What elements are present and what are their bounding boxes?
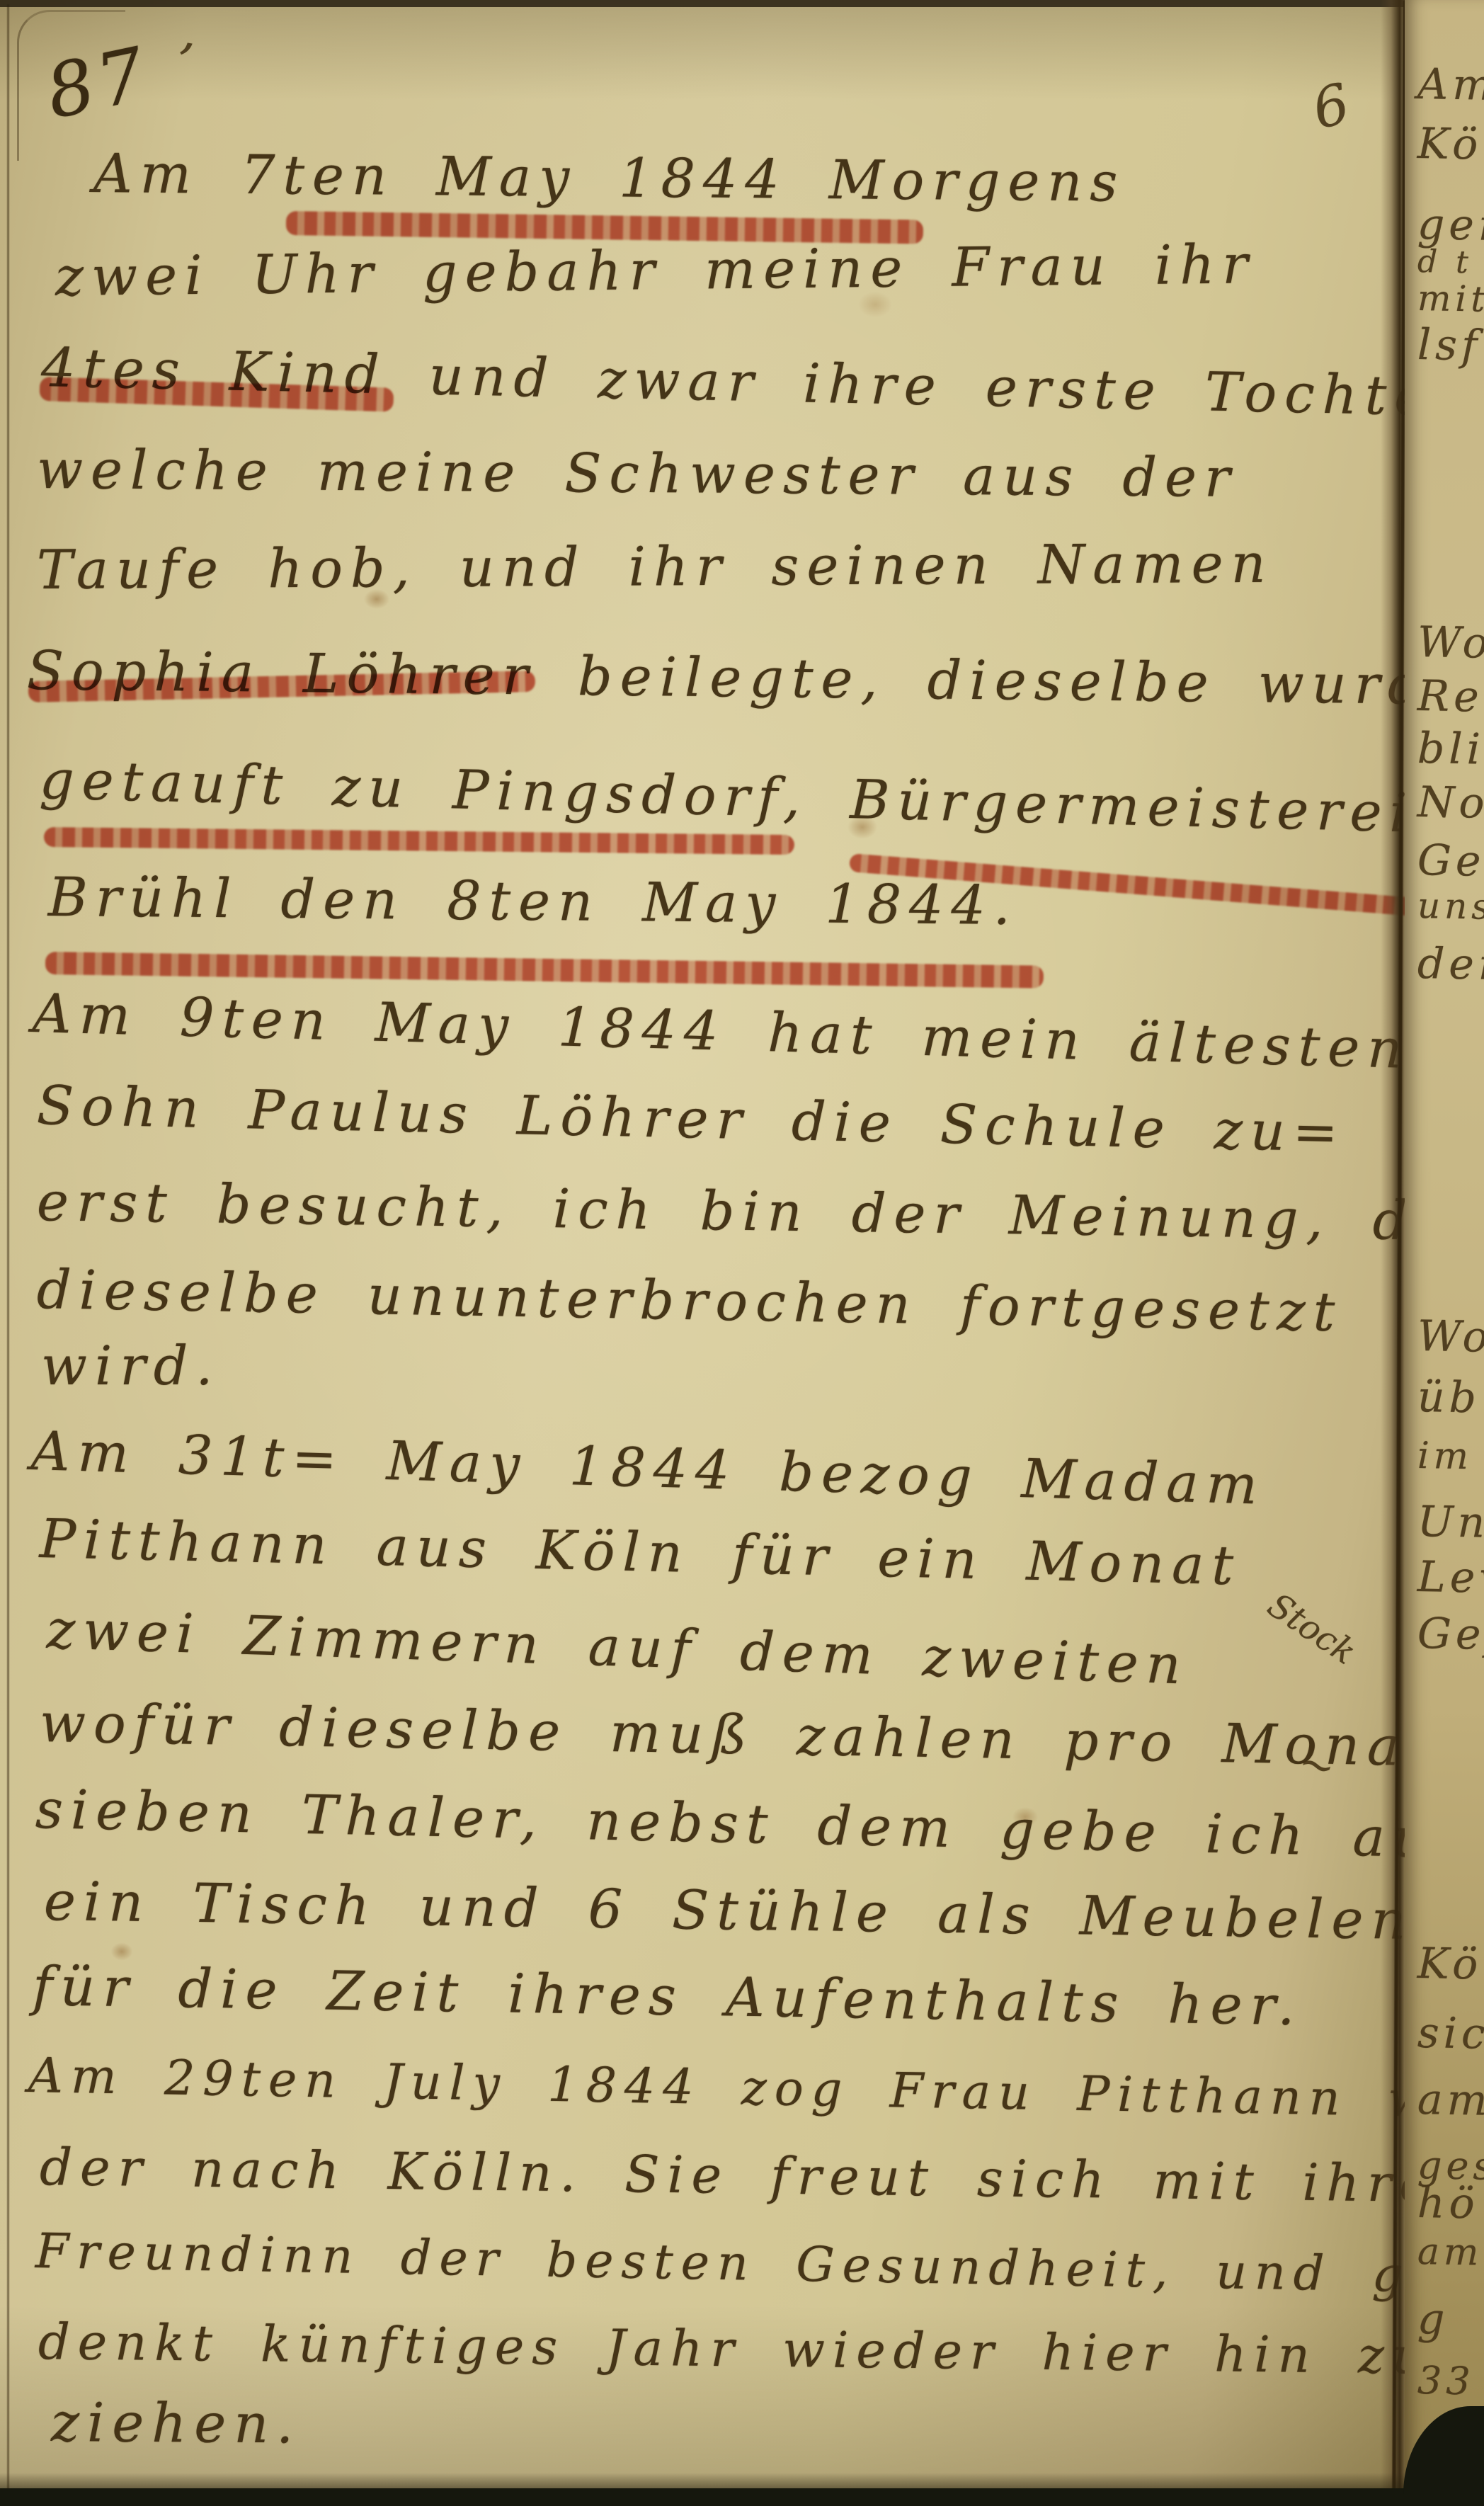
adjacent-page-text-fragment: sich [1417,2008,1484,2060]
adjacent-page-text-fragment: Gew [1417,836,1484,887]
adjacent-page-text-fragment: üb [1417,1372,1480,1423]
manuscript-line: welche meine Schwester aus der [37,435,1238,513]
photo-top-edge [0,0,1484,7]
adjacent-page-text-fragment: hö [1417,2178,1479,2229]
manuscript-line: ziehen. [51,2388,302,2459]
adjacent-page-text-fragment: lsf s [1417,320,1484,372]
adjacent-page-text-fragment: am [1417,2231,1483,2274]
adjacent-page-text-fragment: d t [1417,244,1473,280]
manuscript-line: Brühl den 8ten May 1844. [48,862,1019,941]
manuscript-line: zwei Uhr gebahr meine Frau ihr [55,229,1255,312]
adjacent-page-text-fragment: am g [1417,2075,1484,2126]
adjacent-page-text-fragment: Am [1417,59,1484,110]
manuscript-line: Am 7ten May 1844 Morgens [93,139,1126,218]
adjacent-page-text-fragment: Reif [1417,671,1484,723]
adjacent-page-text-fragment: Kö [1417,1939,1483,1990]
adjacent-page-text-fragment: Un [1417,1497,1484,1548]
adjacent-page-text-fragment: 33 [1417,2358,1475,2403]
manuscript-line: Taufe hob, und ihr seinen Namen [37,529,1274,605]
adjacent-page-text-fragment: blik [1417,724,1484,775]
adjacent-page-text-fragment: Wo [1417,1311,1484,1362]
book-bottom-edge [0,2488,1484,2506]
adjacent-page-text-fragment: g [1417,2294,1449,2345]
adjacent-page-text-fragment: Gef [1417,1609,1484,1660]
adjacent-page-text-fragment: im [1417,1435,1473,1478]
adjacent-page-text-fragment: Noth [1417,778,1484,829]
page-edge-line [7,4,9,2497]
page-bottom-shadow [0,2473,1484,2490]
adjacent-page-text-fragment: mit [1417,278,1484,320]
adjacent-page-text-fragment: Lev [1417,1552,1484,1603]
manuscript-line: wird. [41,1331,221,1401]
adjacent-page-edge [1405,0,1484,2506]
adjacent-page-text-fragment: Kön [1417,119,1484,170]
adjacent-page-text-fragment: uns [1417,885,1484,928]
adjacent-page-text-fragment: den [1417,939,1484,990]
manuscript-photo: 87 Am 7ten May 1844 Morgenszwei Uhr geba… [0,0,1484,2506]
adjacent-page-text-fragment: Wolt [1417,617,1484,669]
